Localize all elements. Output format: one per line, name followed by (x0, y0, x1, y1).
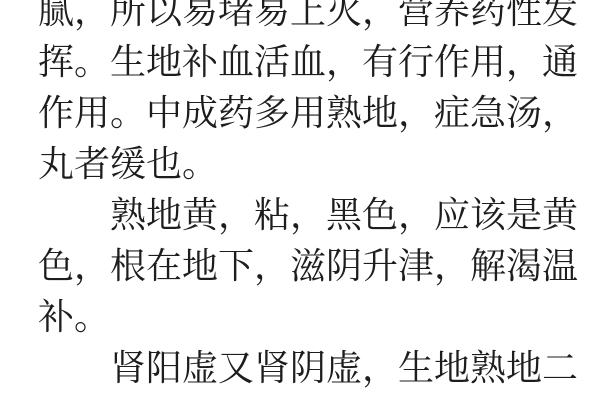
text-line: 肾阳虚又肾阴虚，生地熟地二 (38, 342, 579, 393)
text-line: 作用。中成药多用熟地，症急汤， (38, 87, 579, 138)
text-line: 熟地黄，粘，黑色，应该是黄 (38, 189, 579, 240)
text-line: 补。 (38, 291, 579, 342)
document-page: 腻，所以易堵易上火，营养药性发 挥。生地补血活血，有行作用，通 作用。中成药多用… (0, 0, 600, 400)
text-line: 色，根在地下，滋阴升津，解渴温 (38, 240, 579, 291)
text-line: 挥。生地补血活血，有行作用，通 (38, 36, 579, 87)
text-line: 丸者缓也。 (38, 138, 579, 189)
body-text: 腻，所以易堵易上火，营养药性发 挥。生地补血活血，有行作用，通 作用。中成药多用… (38, 0, 579, 393)
text-line: 腻，所以易堵易上火，营养药性发 (38, 0, 579, 36)
